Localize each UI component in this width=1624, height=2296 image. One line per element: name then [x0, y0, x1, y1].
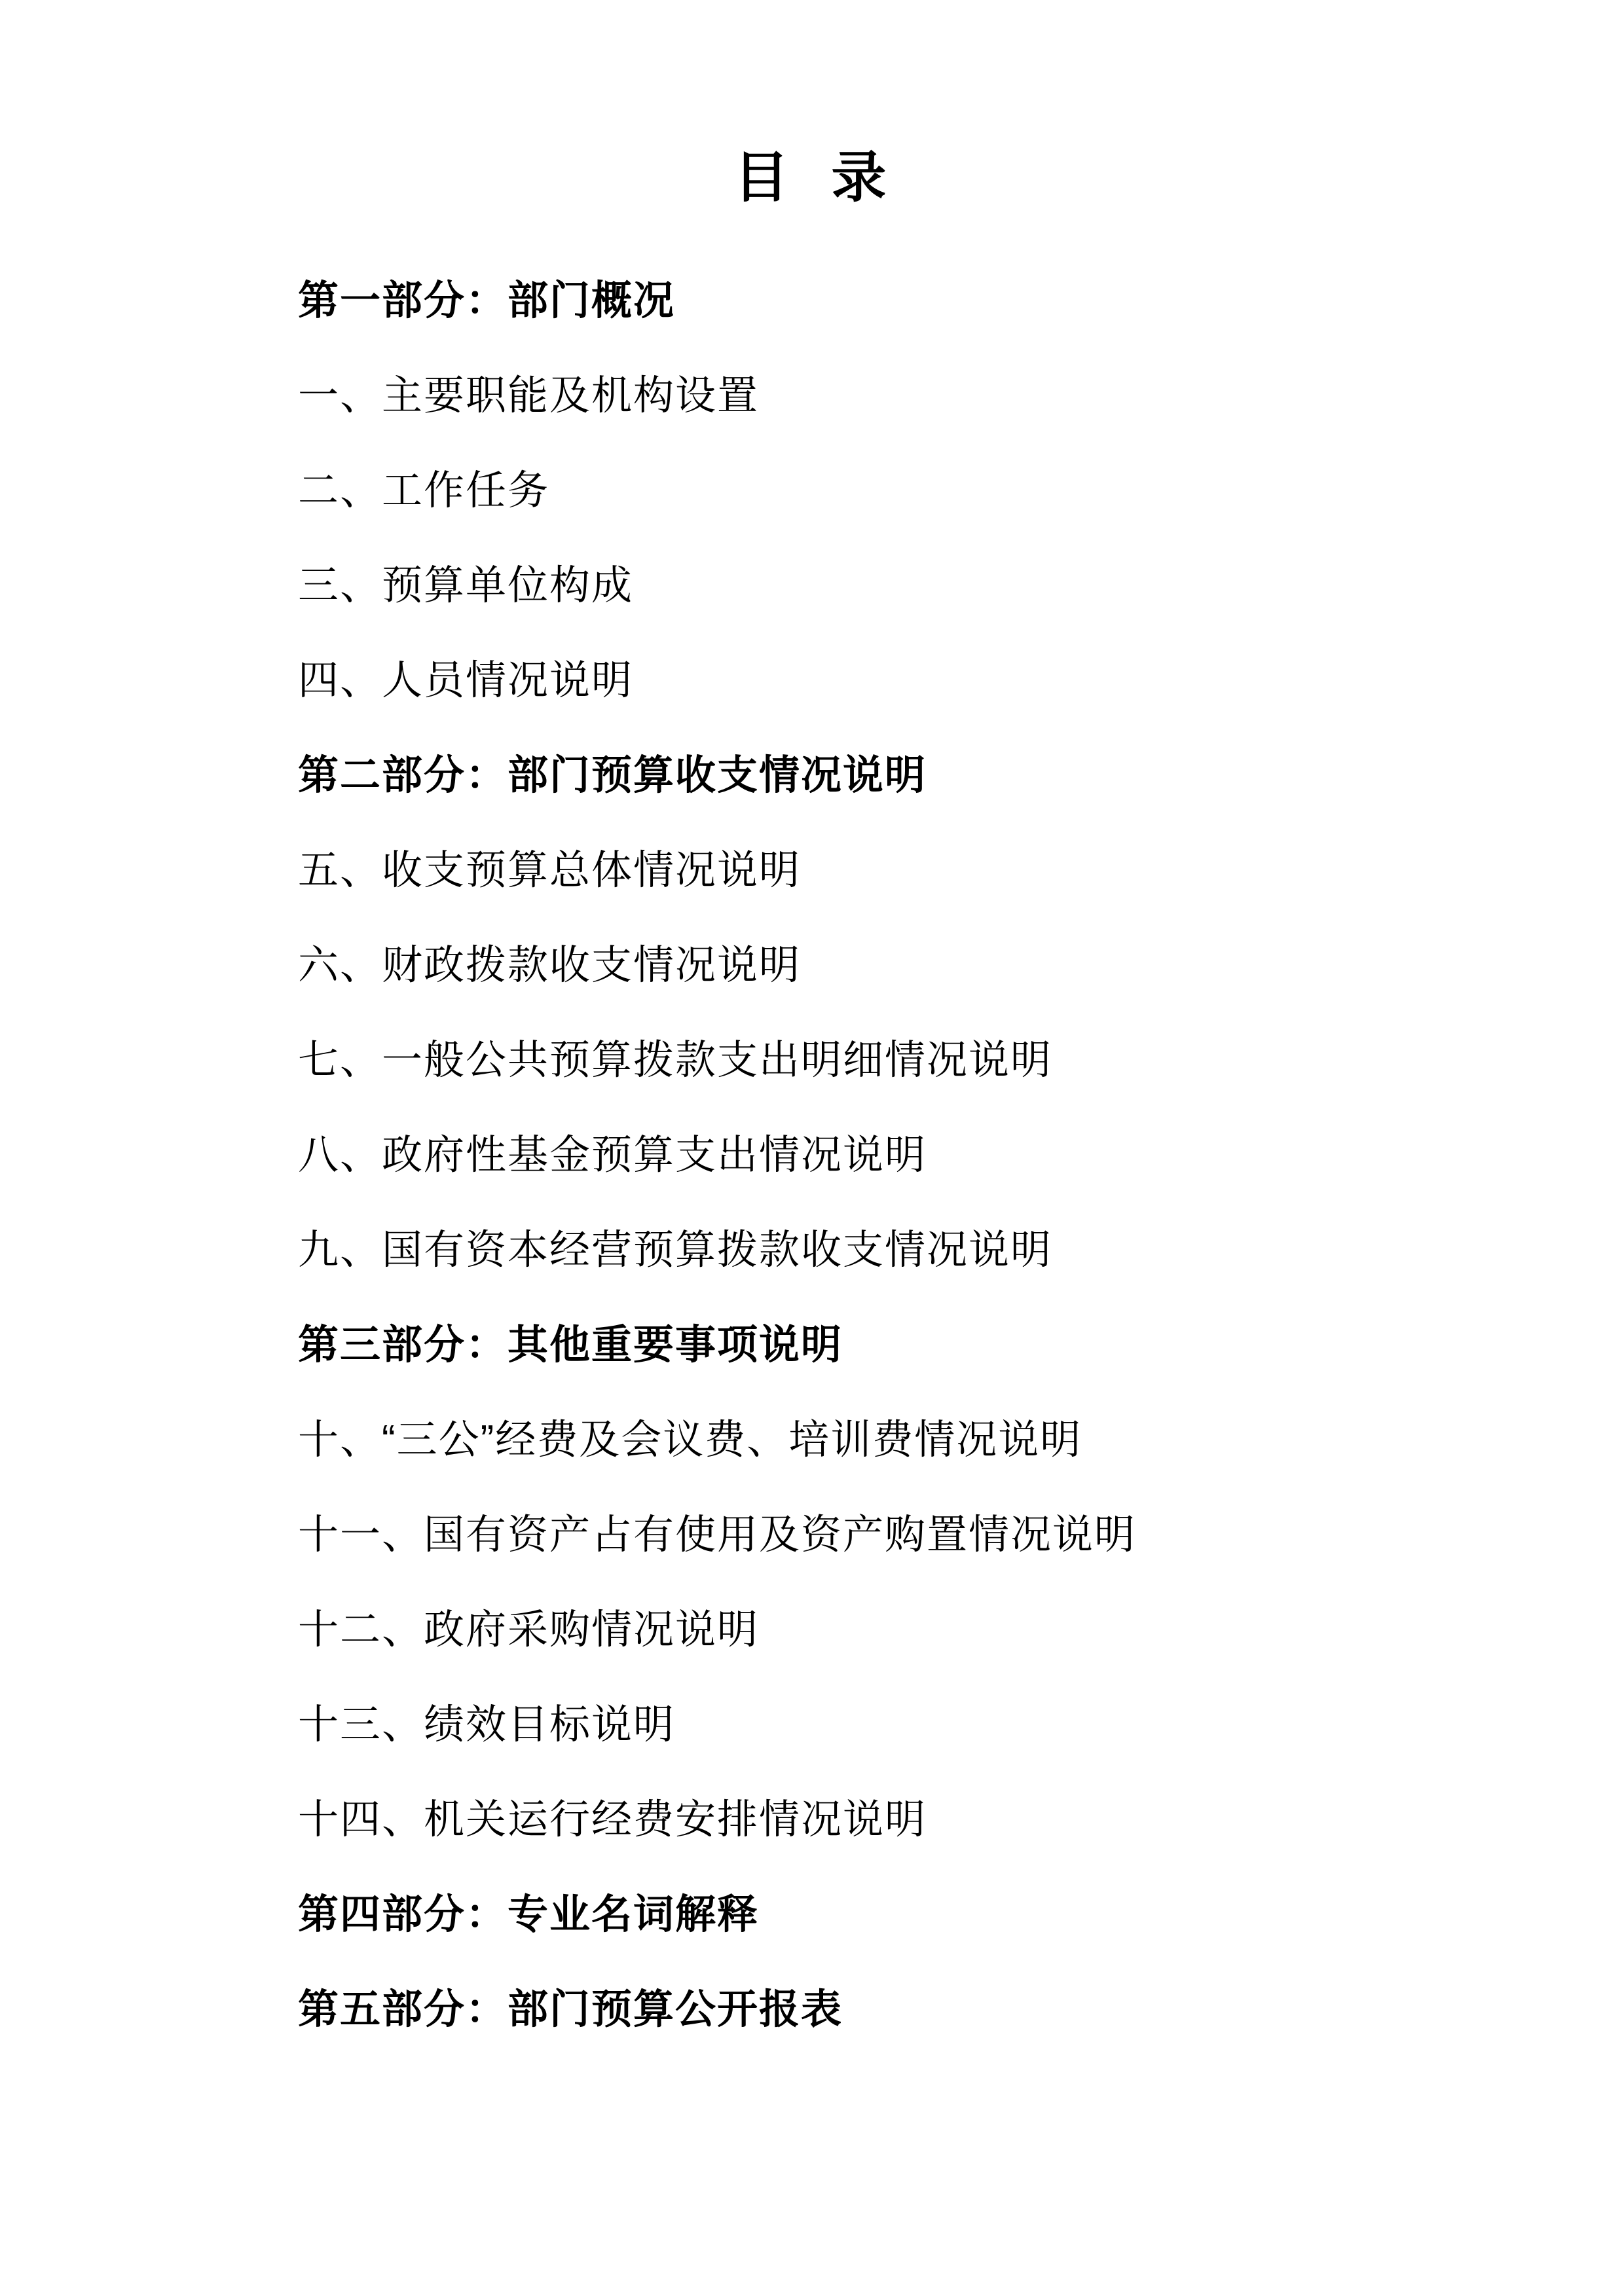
toc-section-header: 第三部分：其他重要事项说明: [298, 1298, 1493, 1393]
toc-entry: 十一、国有资产占有使用及资产购置情况说明: [298, 1487, 1493, 1582]
toc-entry: 十四、机关运行经费安排情况说明: [298, 1772, 1493, 1867]
toc-entry: 七、一般公共预算拨款支出明细情况说明: [298, 1013, 1493, 1108]
toc-entry: 五、收支预算总体情况说明: [298, 823, 1493, 918]
toc-entry: 九、国有资本经营预算拨款收支情况说明: [298, 1203, 1493, 1298]
toc-entry: 一、主要职能及机构设置: [298, 348, 1493, 443]
toc-title: 目 录: [0, 0, 1624, 208]
toc-entry: 八、政府性基金预算支出情况说明: [298, 1108, 1493, 1203]
toc-list: 第一部分：部门概况一、主要职能及机构设置二、工作任务三、预算单位构成四、人员情况…: [298, 253, 1493, 2057]
toc-section-header: 第四部分：专业名词解释: [298, 1867, 1493, 1962]
toc-section-header: 第二部分：部门预算收支情况说明: [298, 728, 1493, 823]
toc-entry: 二、工作任务: [298, 443, 1493, 538]
toc-section-header: 第一部分：部门概况: [298, 253, 1493, 348]
document-page: 目 录 第一部分：部门概况一、主要职能及机构设置二、工作任务三、预算单位构成四、…: [0, 0, 1624, 2296]
toc-entry: 十三、绩效目标说明: [298, 1677, 1493, 1772]
toc-section-header: 第五部分：部门预算公开报表: [298, 1962, 1493, 2057]
toc-entry: 六、财政拨款收支情况说明: [298, 918, 1493, 1013]
toc-entry: 十二、政府采购情况说明: [298, 1582, 1493, 1677]
toc-entry: 三、预算单位构成: [298, 538, 1493, 633]
toc-entry: 十、“三公”经费及会议费、培训费情况说明: [298, 1393, 1493, 1487]
toc-entry: 四、人员情况说明: [298, 633, 1493, 728]
